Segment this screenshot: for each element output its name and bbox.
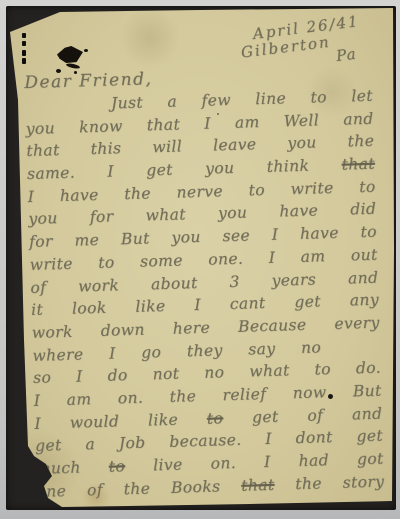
- ink-hole: [57, 46, 83, 63]
- ink-speck-icon: [84, 49, 88, 52]
- struck-word: that: [341, 155, 375, 174]
- letter-text: I would like: [34, 409, 207, 432]
- edge-mark: [22, 33, 26, 38]
- ink-speck-icon: [66, 63, 81, 70]
- letter-text: get of and: [223, 404, 383, 427]
- letter-scan: April 26/41 Gilberton Pa Dear Friend, Ju…: [0, 0, 400, 519]
- letter-paper: April 26/41 Gilberton Pa Dear Friend, Ju…: [0, 0, 400, 519]
- edge-mark: [22, 50, 26, 56]
- struck-word: to: [207, 409, 224, 427]
- pencil-speck: [217, 113, 219, 115]
- struck-word: to: [108, 457, 125, 475]
- letter-lines: Just a few line to letyou know that I am…: [25, 85, 385, 504]
- edge-mark: [22, 58, 26, 64]
- letter-text: the story: [274, 472, 384, 493]
- letter-body: Dear Friend, Just a few line to letyou k…: [24, 62, 385, 504]
- struck-word: that: [241, 475, 275, 494]
- letter-text: one of the Books: [36, 476, 241, 500]
- pencil-dot: [328, 394, 333, 399]
- edge-mark: [22, 41, 26, 46]
- ink-speck-icon: [56, 69, 61, 73]
- ink-speck-icon: [74, 71, 77, 74]
